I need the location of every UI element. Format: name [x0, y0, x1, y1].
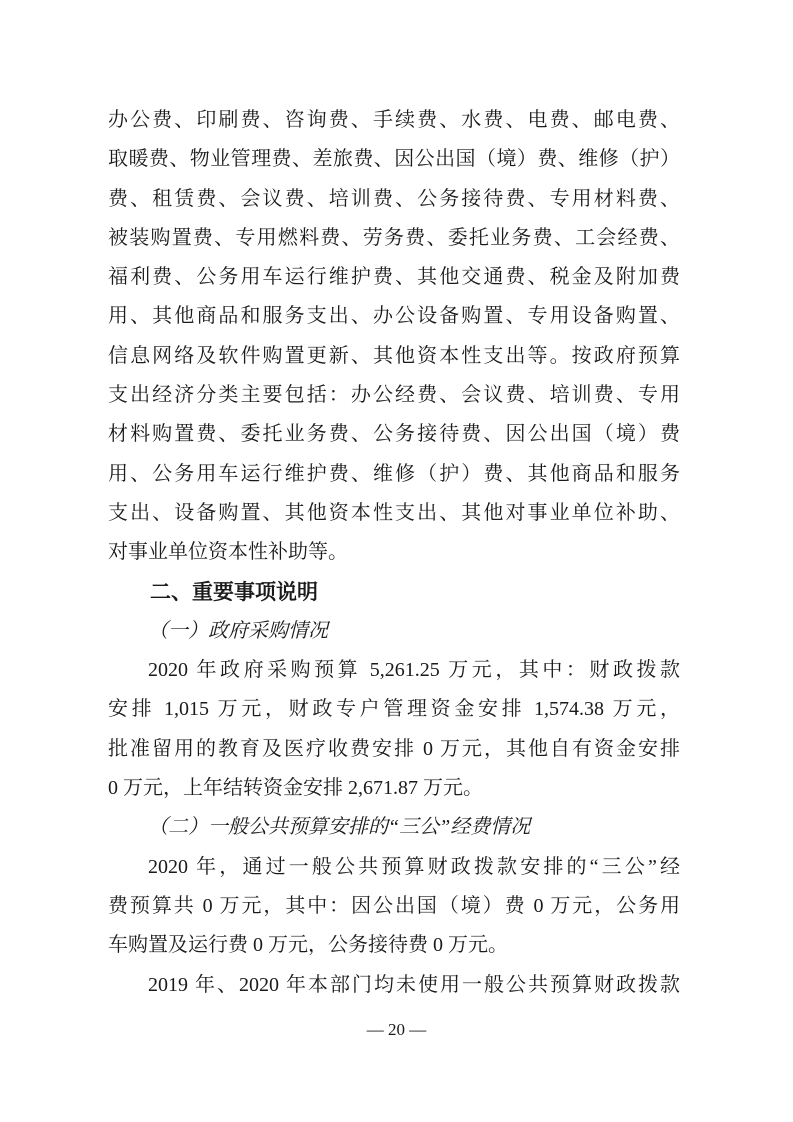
para1-line: 用、公务用车运行维护费、维修（护）费、其他商品和服务	[108, 455, 680, 494]
para2-line: 批准留用的教育及医疗收费安排 0 万元，其他自有资金安排	[108, 730, 680, 769]
para1-line: 被装购置费、专用燃料费、劳务费、委托业务费、工会经费、	[108, 219, 680, 258]
para3-line: 费预算共 0 万元，其中：因公出国（境）费 0 万元，公务用	[108, 887, 680, 926]
para1-line: 支出、设备购置、其他资本性支出、其他对事业单位补助、	[108, 494, 680, 533]
para3-line: 2020 年，通过一般公共预算财政拨款安排的“三公”经	[108, 848, 680, 887]
subsection-heading-1: （一）政府采购情况	[108, 612, 680, 651]
subsection-heading-2: （二）一般公共预算安排的“三公”经费情况	[108, 808, 680, 847]
para1-line: 支出经济分类主要包括：办公经费、会议费、培训费、专用	[108, 376, 680, 415]
para1-line: 用、其他商品和服务支出、办公设备购置、专用设备购置、	[108, 297, 680, 336]
para2-line: 0 万元，上年结转资金安排 2,671.87 万元。	[108, 769, 680, 808]
para2-line: 2020 年政府采购预算 5,261.25 万元，其中：财政拨款	[108, 651, 680, 690]
para1-line: 材料购置费、委托业务费、公务接待费、因公出国（境）费	[108, 415, 680, 454]
para2-line: 安排 1,015 万元，财政专户管理资金安排 1,574.38 万元，	[108, 690, 680, 729]
para1-line: 信息网络及软件购置更新、其他资本性支出等。按政府预算	[108, 337, 680, 376]
para1-line: 取暖费、物业管理费、差旅费、因公出国（境）费、维修（护）	[108, 140, 680, 179]
para4-line: 2019 年、2020 年本部门均未使用一般公共预算财政拨款	[108, 966, 680, 1005]
para1-line: 办公费、印刷费、咨询费、手续费、水费、电费、邮电费、	[108, 101, 680, 140]
para1-line: 对事业单位资本性补助等。	[108, 533, 680, 572]
document-body: 办公费、印刷费、咨询费、手续费、水费、电费、邮电费、 取暖费、物业管理费、差旅费…	[108, 101, 680, 1005]
para1-line: 费、租赁费、会议费、培训费、公务接待费、专用材料费、	[108, 180, 680, 219]
section-heading: 二、重要事项说明	[108, 573, 680, 612]
document-page: 办公费、印刷费、咨询费、手续费、水费、电费、邮电费、 取暖费、物业管理费、差旅费…	[0, 0, 793, 1122]
page-number: — 20 —	[0, 1018, 793, 1042]
para1-line: 福利费、公务用车运行维护费、其他交通费、税金及附加费	[108, 258, 680, 297]
para3-line: 车购置及运行费 0 万元，公务接待费 0 万元。	[108, 926, 680, 965]
